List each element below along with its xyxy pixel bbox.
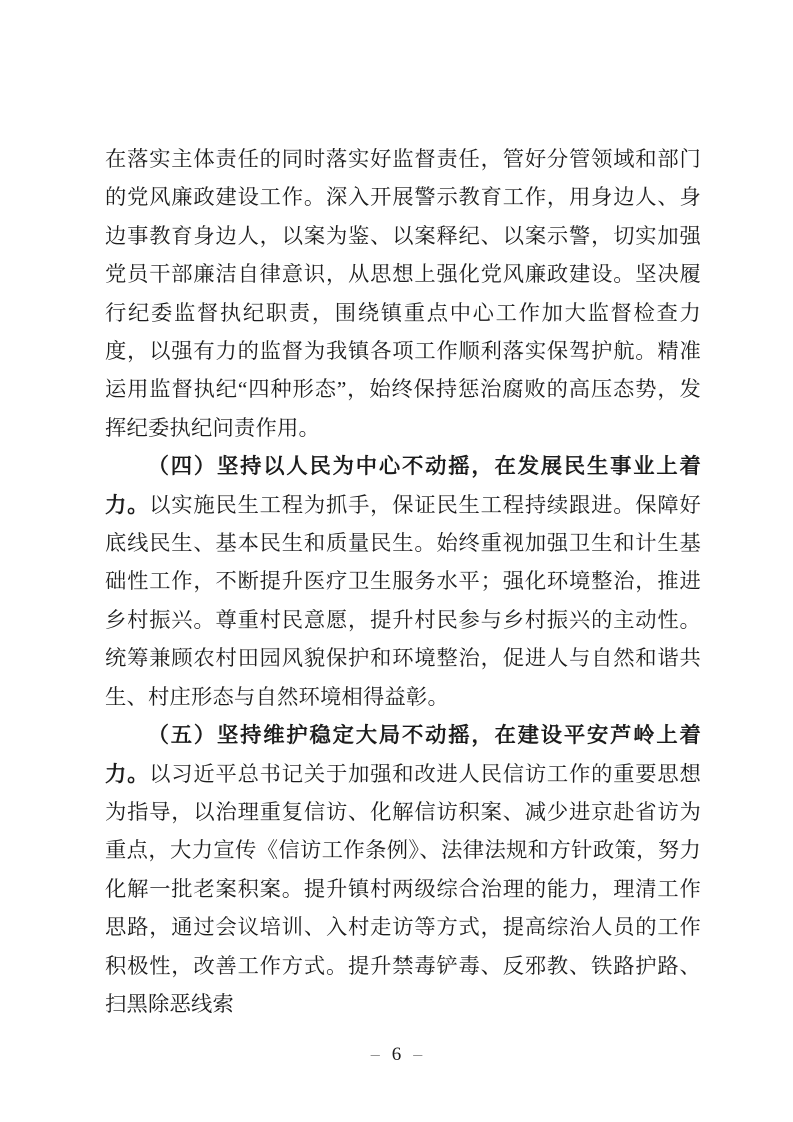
footer-dash-left: –	[371, 1044, 380, 1064]
document-page: 在落实主体责任的同时落实好监督责任，管好分管领域和部门的党风廉政建设工作。深入开…	[0, 0, 793, 1122]
paragraph: （五）坚持维护稳定大局不动摇，在建设平安芦岭上着力。以习近平总书记关于加强和改进…	[105, 716, 701, 1023]
footer-dash-right: –	[413, 1044, 422, 1064]
paragraph-text: 在落实主体责任的同时落实好监督责任，管好分管领域和部门的党风廉政建设工作。深入开…	[105, 147, 701, 440]
paragraph: （四）坚持以人民为中心不动摇，在发展民生事业上着力。以实施民生工程为抓手，保证民…	[105, 447, 701, 716]
page-footer: –6–	[0, 1040, 793, 1069]
paragraph: 在落实主体责任的同时落实好监督责任，管好分管领域和部门的党风廉政建设工作。深入开…	[105, 140, 701, 447]
paragraph-text: 以实施民生工程为抓手，保证民生工程持续跟进。保障好底线民生、基本民生和质量民生。…	[105, 493, 701, 709]
document-content: 在落实主体责任的同时落实好监督责任，管好分管领域和部门的党风廉政建设工作。深入开…	[105, 140, 701, 1023]
page-number: 6	[392, 1044, 402, 1065]
paragraph-text: 以习近平总书记关于加强和改进人民信访工作的重要思想为指导，以治理重复信访、化解信…	[105, 762, 701, 1016]
